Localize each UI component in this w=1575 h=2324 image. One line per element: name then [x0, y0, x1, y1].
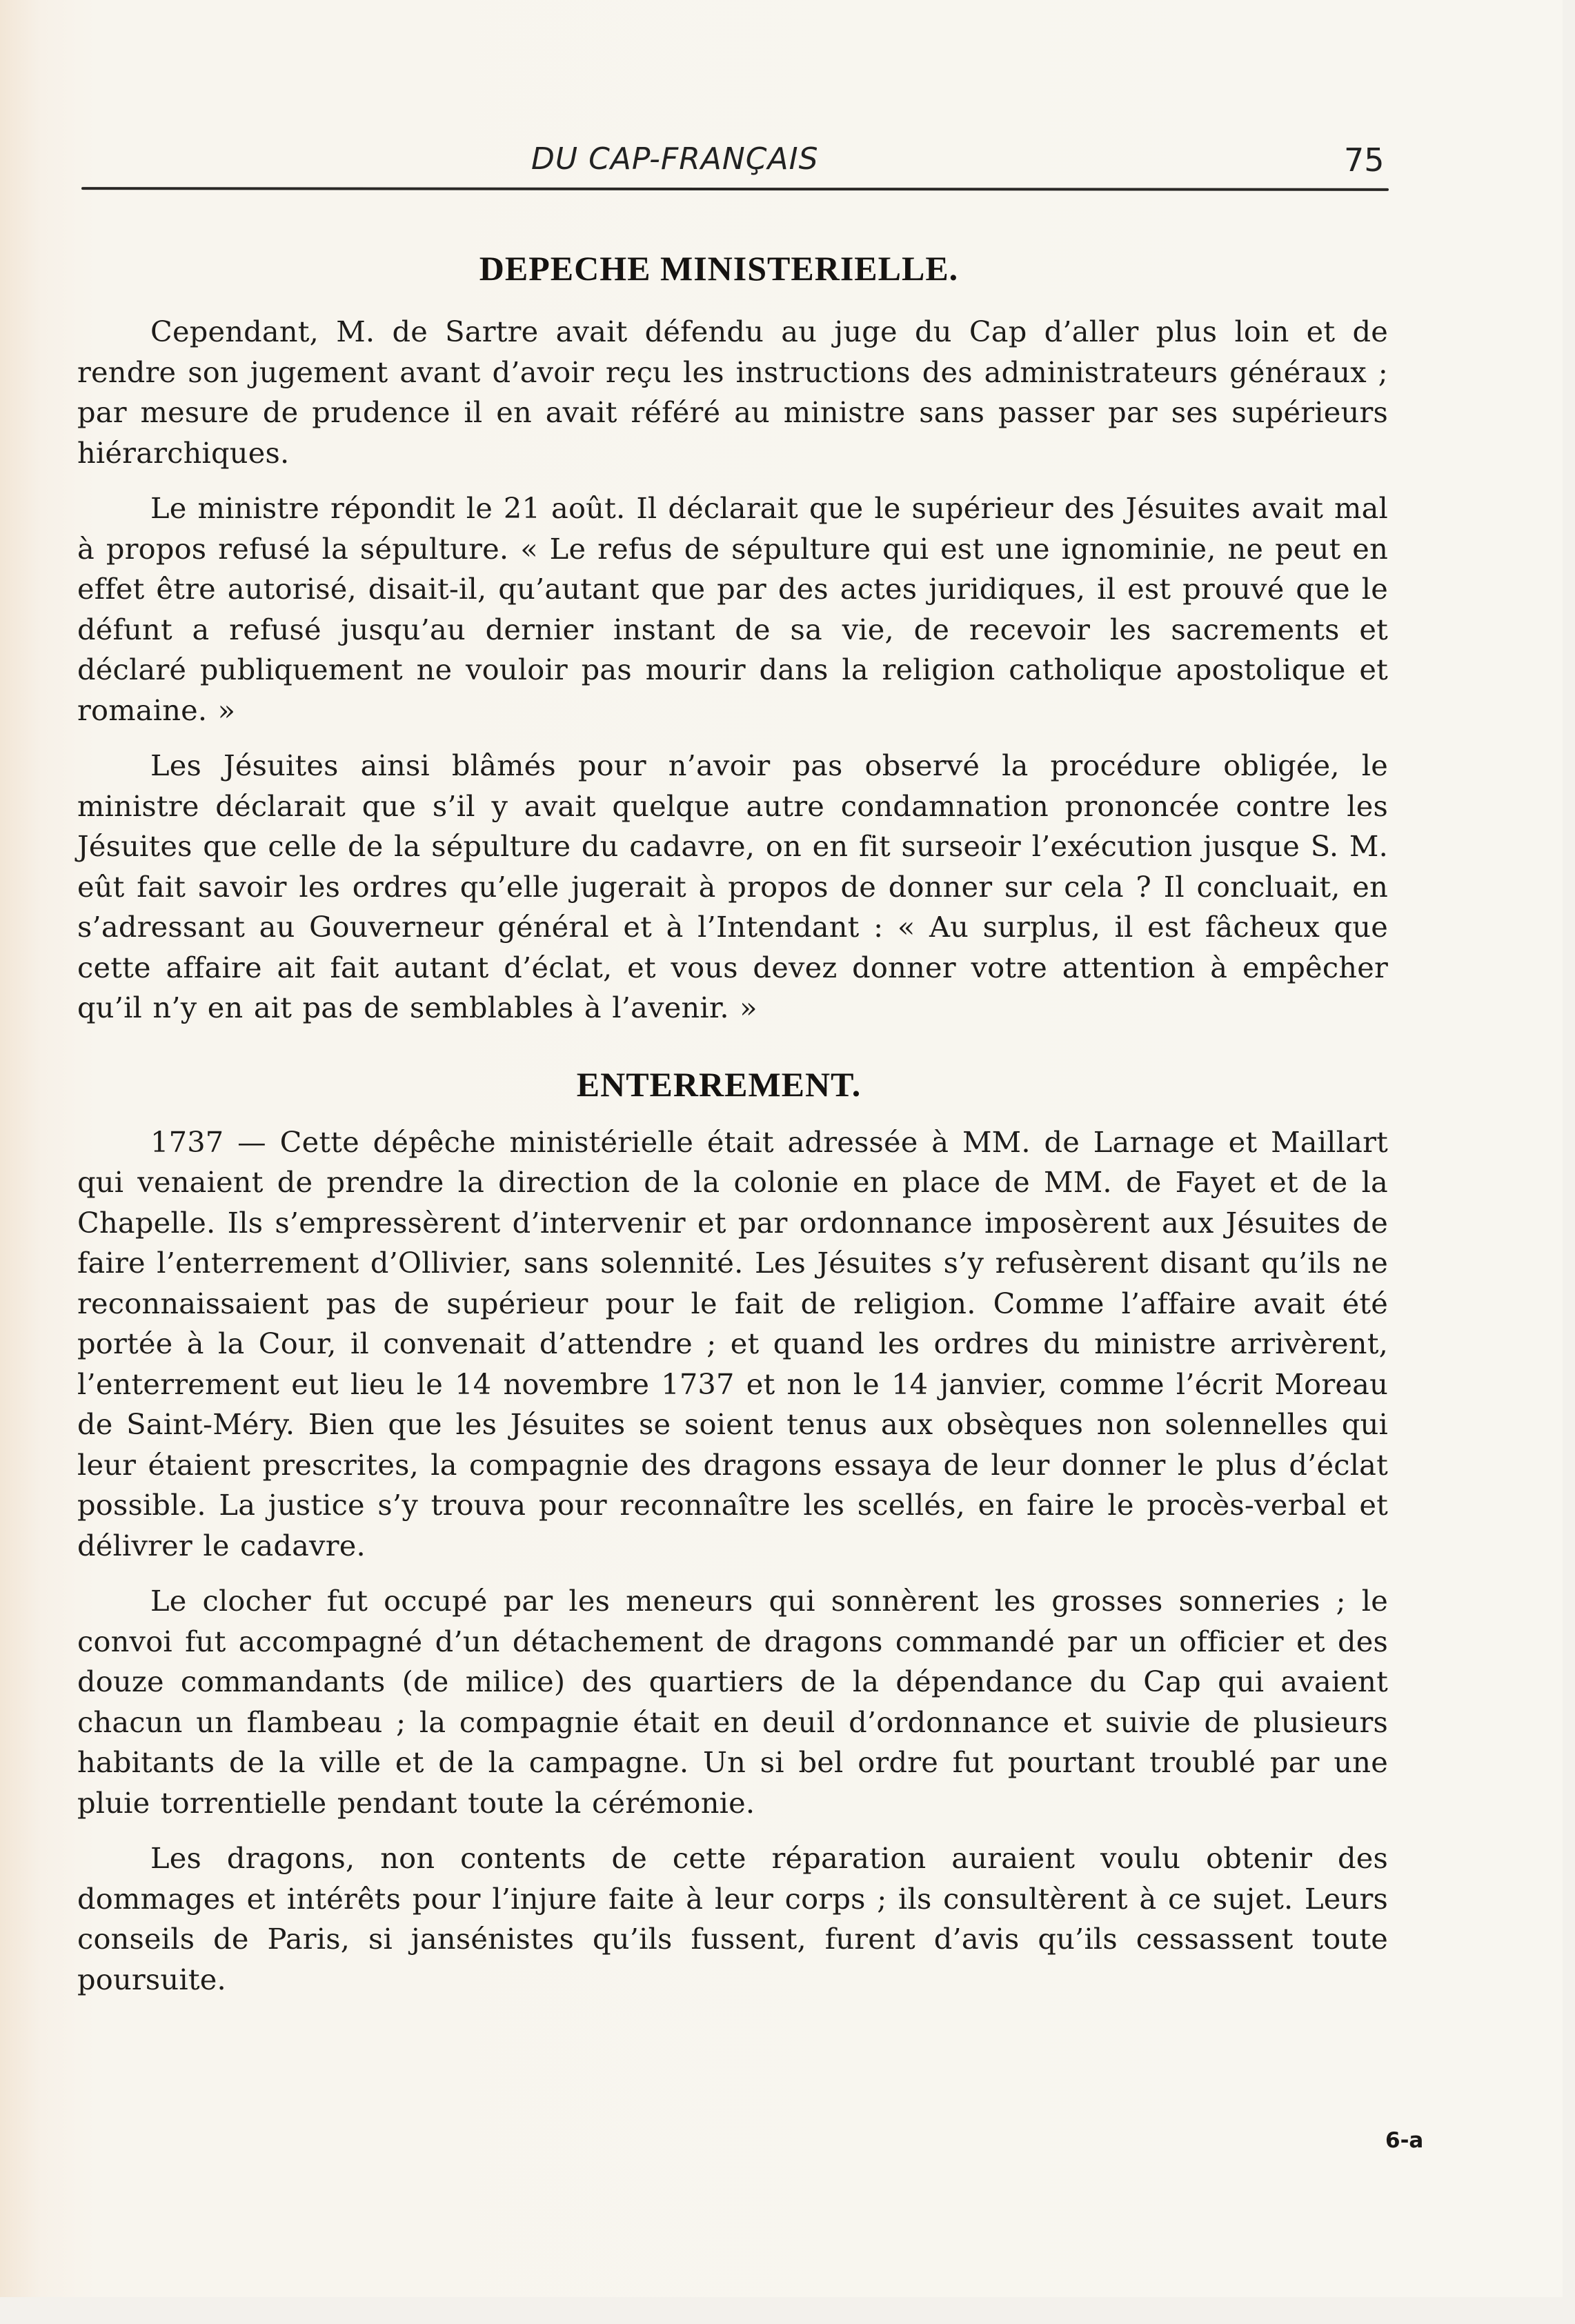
header-rule [81, 187, 1389, 191]
paragraph: Cependant, M. de Sartre avait défendu au… [77, 312, 1388, 473]
body-text: DEPECHE MINISTERIELLE. Cependant, M. de … [77, 248, 1388, 2015]
paragraph: Les dragons, non contents de cette répar… [77, 1838, 1388, 2000]
paragraph: Le ministre répondit le 21 août. Il décl… [77, 488, 1388, 731]
page-number: 75 [1344, 141, 1385, 179]
paragraph: Les Jésuites ainsi blâmés pour n’avoir p… [77, 746, 1388, 1029]
section-title-depeche: DEPECHE MINISTERIELLE. [50, 248, 1388, 288]
book-page: DU CAP-FRANÇAIS 75 DEPECHE MINISTERIELLE… [0, 0, 1563, 2297]
paragraph: 1737 — Cette dépêche ministérielle était… [77, 1122, 1388, 1567]
paragraph: Le clocher fut occupé par les meneurs qu… [77, 1581, 1388, 1823]
running-title: DU CAP-FRANÇAIS [531, 141, 819, 177]
running-head: DU CAP-FRANÇAIS 75 [0, 141, 1575, 183]
scan-margin [1563, 0, 1575, 2324]
signature-mark: 6-a [1385, 2128, 1423, 2153]
section-title-enterrement: ENTERREMENT. [50, 1064, 1388, 1104]
